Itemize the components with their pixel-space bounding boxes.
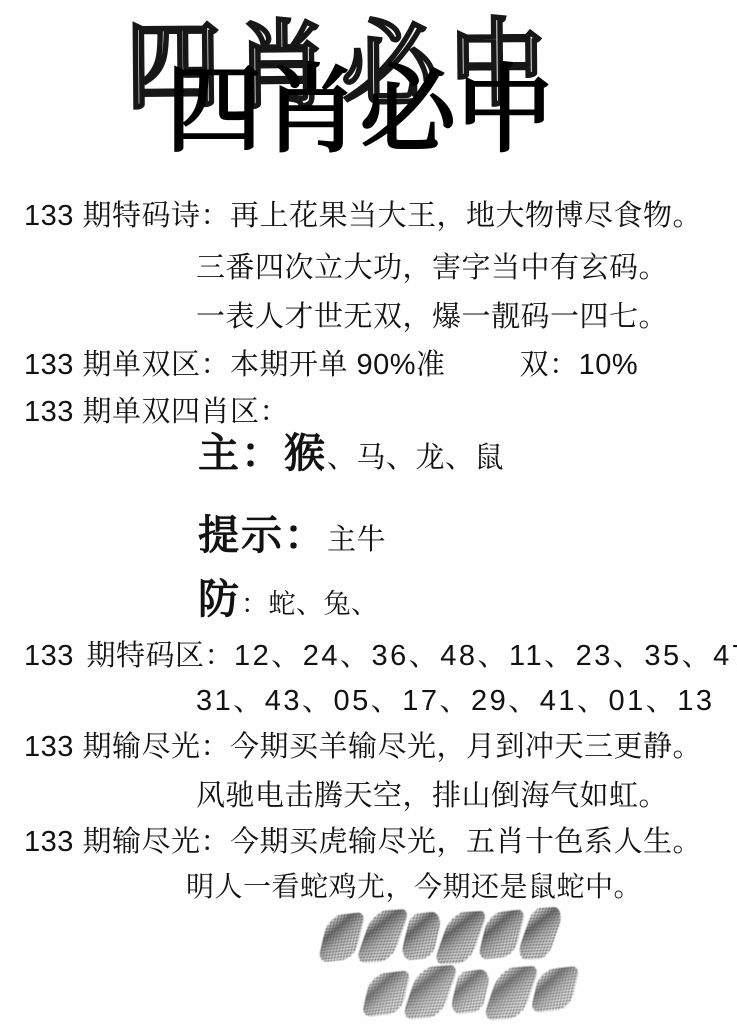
shujinguang1-label: 133 期输尽光： bbox=[24, 731, 230, 763]
sixiao-guard-line: 防：蛇、兔、 bbox=[198, 576, 379, 623]
sixiao-label: 133 期单双四肖区： bbox=[24, 396, 289, 429]
ink-stamp-watermark-row1 bbox=[323, 904, 562, 966]
sixiao-main-line: 主：猴、马、龙、鼠 bbox=[198, 430, 504, 477]
teco-zone-label: 133 期特码区： bbox=[24, 640, 234, 672]
danshuang-dan: 本期开单 90%准 bbox=[230, 349, 446, 381]
sixiao-tip-text: 主牛 bbox=[327, 524, 386, 556]
shujinguang2-text-1: 今期买虎输尽光，五肖十色系人生。 bbox=[230, 826, 702, 858]
shujinguang1-text-1: 今期买羊输尽光，月到冲天三更静。 bbox=[230, 731, 702, 763]
teco-zone-line-1: 133 期特码区：12、24、36、48、11、23、35、47、07、19、 bbox=[24, 640, 737, 673]
danshuang-label: 133 期单双区： bbox=[24, 349, 230, 381]
sixiao-tip-line: 提示：主牛 bbox=[198, 512, 386, 559]
danshuang-line: 133 期单双区：本期开单 90%准双：10% bbox=[24, 349, 638, 382]
shujinguang1-line-1: 133 期输尽光：今期买羊输尽光，月到冲天三更静。 bbox=[24, 731, 702, 764]
smudge-blob bbox=[361, 969, 411, 1017]
smudge-blob bbox=[433, 911, 488, 965]
lottery-tip-sheet: 四肖必中 四肖必中 133 期特码诗：再上花果当大王，地大物博尽食物。 三番四次… bbox=[0, 0, 737, 1024]
sixiao-main-lead: 主：猴 bbox=[198, 430, 327, 476]
ink-stamp-watermark-row2 bbox=[365, 959, 579, 1023]
sixiao-guard-lead: 防 bbox=[198, 576, 241, 622]
sixiao-tip-lead: 提示： bbox=[198, 512, 327, 558]
shujinguang2-label: 133 期输尽光： bbox=[24, 826, 230, 858]
danshuang-shuang: 双：10% bbox=[520, 349, 639, 381]
shujinguang2-line-1: 133 期输尽光：今期买虎输尽光，五肖十色系人生。 bbox=[24, 826, 702, 859]
smudge-blob bbox=[530, 965, 580, 1013]
teco-poem-label: 133 期特码诗： bbox=[24, 200, 230, 232]
teco-zone-line-2: 31、43、05、17、29、41、01、13 bbox=[196, 685, 715, 718]
teco-zone-numbers-1: 12、24、36、48、11、23、35、47、07、19、 bbox=[234, 640, 737, 672]
teco-poem-line-3: 一表人才世无双，爆一靓码一四七。 bbox=[196, 301, 668, 334]
teco-poem-line-1: 133 期特码诗：再上花果当大王，地大物博尽食物。 bbox=[24, 200, 702, 233]
page-title: 四肖必中 bbox=[166, 58, 554, 164]
sixiao-guard-rest: ：蛇、兔、 bbox=[241, 589, 379, 619]
smudge-blob bbox=[401, 965, 459, 1020]
shujinguang2-line-2: 明人一看蛇鸡尤，今期还是鼠蛇中。 bbox=[186, 871, 642, 903]
shujinguang1-line-2: 风驰电击腾天空，排山倒海气如虹。 bbox=[196, 780, 668, 813]
teco-poem-text-1: 再上花果当大王，地大物博尽食物。 bbox=[230, 200, 702, 232]
smudge-blob bbox=[482, 966, 540, 1021]
teco-poem-line-2: 三番四次立大功，害字当中有玄码。 bbox=[196, 252, 668, 285]
sixiao-main-rest: 、马、龙、鼠 bbox=[327, 442, 504, 474]
